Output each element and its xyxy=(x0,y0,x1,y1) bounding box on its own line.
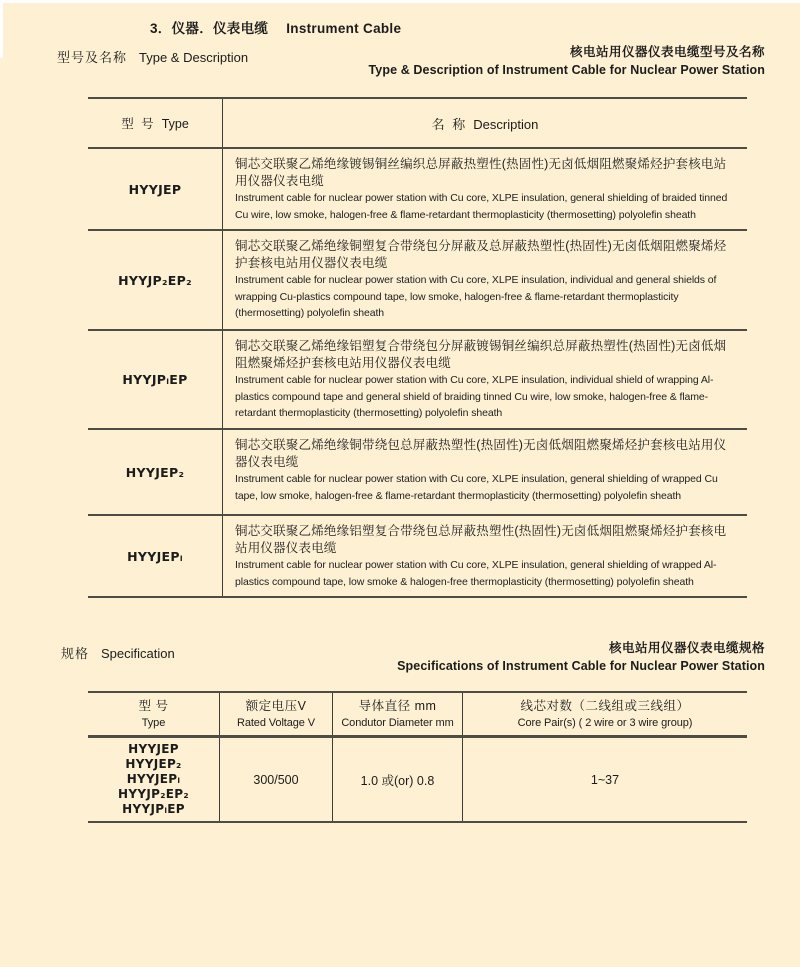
model-code: HYYJEPₗ xyxy=(127,549,183,564)
table2-header-core-pairs: 线芯对数（二线组或三线组） Core Pair(s) ( 2 wire or 3… xyxy=(463,693,747,735)
description-cn: 铜芯交联聚乙烯绝缘铜塑复合带绕包分屏蔽及总屏蔽热塑性(热固性)无卤低烟阻燃聚烯烃… xyxy=(235,238,739,272)
cell-rated-voltage: 300/500 xyxy=(220,738,333,821)
type-description-table: 型 号Type 名 称Description HYYJEP 铜芯交联聚乙烯绝缘镀… xyxy=(88,97,747,598)
section1-heading: 核电站用仪器仪表电缆型号及名称 Type & Description of In… xyxy=(368,44,765,78)
section2-header: 规格Specification 核电站用仪器仪表电缆规格 Specificati… xyxy=(61,640,765,674)
header-cn: 导体直径 mm xyxy=(359,697,437,715)
rated-voltage-value: 300/500 xyxy=(253,773,298,787)
model-code: HYYJEP₂ xyxy=(125,757,181,772)
section2-label-cn: 规格 xyxy=(61,646,89,661)
table1-header-desc-cn: 名 称 xyxy=(432,117,468,132)
cell-model-type: HYYJP₂EP₂ xyxy=(88,231,223,329)
section1-header: 型号及名称Type & Description 核电站用仪器仪表电缆型号及名称 … xyxy=(57,44,765,78)
section2-heading: 核电站用仪器仪表电缆规格 Specifications of Instrumen… xyxy=(397,640,765,674)
table-row: HYYJEP₂ 铜芯交联聚乙烯绝缘铜带绕包总屏蔽热塑性(热固性)无卤低烟阻燃聚烯… xyxy=(88,430,747,516)
table1-header-desc-en: Description xyxy=(473,117,538,132)
table2-header-voltage: 额定电压V Rated Voltage V xyxy=(220,693,333,735)
description-en: Instrument cable for nuclear power stati… xyxy=(235,190,739,223)
catalog-page: { "page": { "title_cn": "3．仪器．仪表电缆", "ti… xyxy=(0,0,800,967)
section2-label-en: Specification xyxy=(101,646,175,661)
cell-model-type: HYYJPₗEP xyxy=(88,331,223,428)
table-row: HYYJP₂EP₂ 铜芯交联聚乙烯绝缘铜塑复合带绕包分屏蔽及总屏蔽热塑性(热固性… xyxy=(88,231,747,331)
header-en: Rated Voltage V xyxy=(237,715,315,731)
page-title-cn: 3．仪器．仪表电缆 xyxy=(150,21,268,36)
description-en: Instrument cable for nuclear power stati… xyxy=(235,372,739,422)
model-code: HYYJEP xyxy=(128,742,179,757)
section1-heading-en: Type & Description of Instrument Cable f… xyxy=(368,62,765,78)
table1-header-desc: 名 称Description xyxy=(223,99,747,147)
header-en: Type xyxy=(142,715,165,731)
section1-label-en: Type & Description xyxy=(139,50,248,65)
header-cn: 型 号 xyxy=(139,697,169,715)
section2-heading-en: Specifications of Instrument Cable for N… xyxy=(397,658,765,674)
description-cn: 铜芯交联聚乙烯绝缘铝塑复合带绕包总屏蔽热塑性(热固性)无卤低烟阻燃聚烯烃护套核电… xyxy=(235,523,739,557)
scan-artifact-left xyxy=(0,0,3,58)
cell-type-list: HYYJEP HYYJEP₂ HYYJEPₗ HYYJP₂EP₂ HYYJPₗE… xyxy=(88,738,220,821)
table1-header-type-cn: 型 号 xyxy=(121,117,155,131)
model-code: HYYJEPₗ xyxy=(127,772,181,787)
table2-header-row: 型 号 Type 额定电压V Rated Voltage V 导体直径 mm C… xyxy=(88,693,747,738)
table-row: HYYJEP 铜芯交联聚乙烯绝缘镀锡铜丝编织总屏蔽热塑性(热固性)无卤低烟阻燃聚… xyxy=(88,149,747,231)
conductor-diameter-value: 1.0 或(or) 0.8 xyxy=(361,771,435,789)
section1-heading-cn: 核电站用仪器仪表电缆型号及名称 xyxy=(368,44,765,60)
cell-description: 铜芯交联聚乙烯绝缘镀锡铜丝编织总屏蔽热塑性(热固性)无卤低烟阻燃聚烯烃护套核电站… xyxy=(223,149,747,229)
cell-description: 铜芯交联聚乙烯绝缘铝塑复合带绕包分屏蔽镀锡铜丝编织总屏蔽热塑性(热固性)无卤低烟… xyxy=(223,331,747,428)
table2-header-diameter: 导体直径 mm Condutor Diameter mm xyxy=(333,693,463,735)
section1-label-cn: 型号及名称 xyxy=(57,50,127,65)
description-cn: 铜芯交联聚乙烯绝缘镀锡铜丝编织总屏蔽热塑性(热固性)无卤低烟阻燃聚烯烃护套核电站… xyxy=(235,156,739,190)
cell-core-pairs: 1~37 xyxy=(463,738,747,821)
cell-model-type: HYYJEP₂ xyxy=(88,430,223,514)
model-code: HYYJEP₂ xyxy=(126,465,185,480)
cell-model-type: HYYJEP xyxy=(88,149,223,229)
model-code: HYYJP₂EP₂ xyxy=(118,273,192,288)
specification-table: 型 号 Type 额定电压V Rated Voltage V 导体直径 mm C… xyxy=(88,691,747,823)
model-code: HYYJPₗEP xyxy=(122,372,187,387)
description-cn: 铜芯交联聚乙烯绝缘铜带绕包总屏蔽热塑性(热固性)无卤低烟阻燃聚烯烃护套核电站用仪… xyxy=(235,437,739,471)
scan-artifact-top xyxy=(0,0,800,3)
header-cn: 线芯对数（二线组或三线组） xyxy=(520,697,689,715)
model-code: HYYJP₂EP₂ xyxy=(118,787,189,802)
section2-heading-cn: 核电站用仪器仪表电缆规格 xyxy=(397,640,765,656)
cell-description: 铜芯交联聚乙烯绝缘铝塑复合带绕包总屏蔽热塑性(热固性)无卤低烟阻燃聚烯烃护套核电… xyxy=(223,516,747,596)
description-en: Instrument cable for nuclear power stati… xyxy=(235,471,739,504)
description-en: Instrument cable for nuclear power stati… xyxy=(235,272,739,322)
table2-header-type: 型 号 Type xyxy=(88,693,220,735)
page-title: 3．仪器．仪表电缆Instrument Cable xyxy=(0,0,800,37)
header-en: Core Pair(s) ( 2 wire or 3 wire group) xyxy=(518,715,693,731)
page-title-en: Instrument Cable xyxy=(286,21,401,36)
table1-header-row: 型 号Type 名 称Description xyxy=(88,99,747,149)
cell-model-type: HYYJEPₗ xyxy=(88,516,223,596)
header-en: Condutor Diameter mm xyxy=(341,715,453,731)
section2-label: 规格Specification xyxy=(61,640,175,662)
model-code: HYYJPₗEP xyxy=(122,802,185,817)
table1-header-type: 型 号Type xyxy=(88,99,223,147)
description-cn: 铜芯交联聚乙烯绝缘铝塑复合带绕包分屏蔽镀锡铜丝编织总屏蔽热塑性(热固性)无卤低烟… xyxy=(235,338,739,372)
section1-label: 型号及名称Type & Description xyxy=(57,44,248,66)
cell-conductor-diameter: 1.0 或(or) 0.8 xyxy=(333,738,463,821)
table-row: HYYJEPₗ 铜芯交联聚乙烯绝缘铝塑复合带绕包总屏蔽热塑性(热固性)无卤低烟阻… xyxy=(88,516,747,598)
table1-header-type-en: Type xyxy=(162,117,189,131)
table2-data-row: HYYJEP HYYJEP₂ HYYJEPₗ HYYJP₂EP₂ HYYJPₗE… xyxy=(88,738,747,821)
header-cn: 额定电压V xyxy=(246,697,307,715)
description-en: Instrument cable for nuclear power stati… xyxy=(235,557,739,590)
model-code: HYYJEP xyxy=(129,182,182,197)
cell-description: 铜芯交联聚乙烯绝缘铜带绕包总屏蔽热塑性(热固性)无卤低烟阻燃聚烯烃护套核电站用仪… xyxy=(223,430,747,514)
cell-description: 铜芯交联聚乙烯绝缘铜塑复合带绕包分屏蔽及总屏蔽热塑性(热固性)无卤低烟阻燃聚烯烃… xyxy=(223,231,747,329)
core-pairs-value: 1~37 xyxy=(591,773,619,787)
table-row: HYYJPₗEP 铜芯交联聚乙烯绝缘铝塑复合带绕包分屏蔽镀锡铜丝编织总屏蔽热塑性… xyxy=(88,331,747,430)
